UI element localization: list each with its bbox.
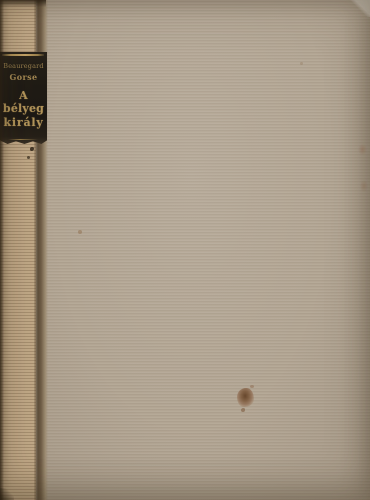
label-gold-rule-bottom — [8, 139, 38, 140]
spine-title-line-2: király — [0, 116, 47, 129]
book-front-cover — [46, 0, 370, 500]
photo-left-edge-shadow — [0, 0, 4, 500]
cover-smudge — [358, 144, 367, 155]
spine-speck — [27, 156, 30, 159]
cover-smudge — [360, 180, 368, 192]
book-photo: Beauregard Gorse A bélyeg király — [0, 0, 370, 500]
cover-stain-speck — [241, 408, 245, 412]
cover-speck — [78, 230, 82, 234]
background-corner — [348, 0, 370, 17]
cover-stain-speck — [250, 385, 254, 388]
cover-stain-large — [237, 388, 254, 407]
spine-author-line-1: Beauregard — [2, 62, 45, 69]
spine-top-shadow — [0, 0, 46, 7]
bottom-left-shadow — [0, 488, 14, 500]
label-gold-rule-top — [2, 54, 44, 56]
spine-title-label: Beauregard Gorse A bélyeg király — [0, 52, 47, 144]
spine-author-line-2: Gorse — [0, 72, 47, 82]
cover-speck — [300, 62, 303, 65]
spine-title-line-1: A bélyeg — [0, 89, 47, 115]
